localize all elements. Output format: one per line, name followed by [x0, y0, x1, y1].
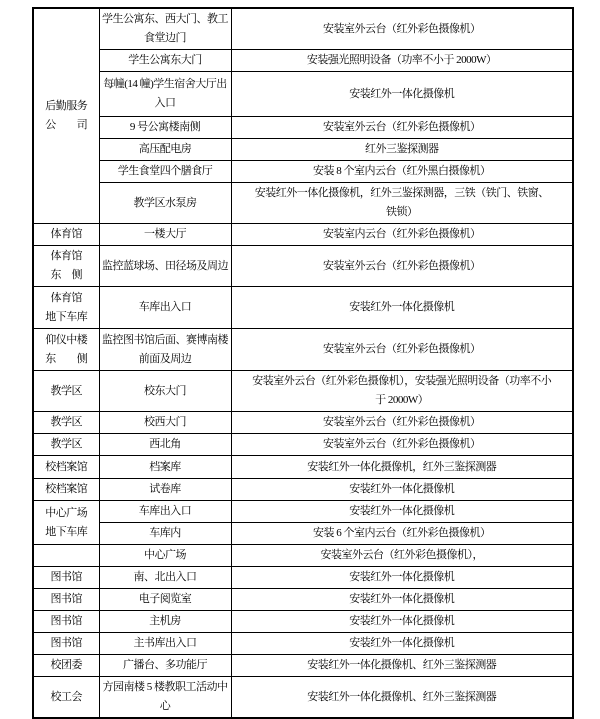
equipment-cell: 安装室外云台（红外彩色摄像机） — [231, 412, 573, 434]
area-cell: 教学区 — [33, 412, 99, 434]
equipment-cell: 安装室外云台（红外彩色摄像机） — [231, 117, 573, 139]
area-cell: 后勤服务 公 司 — [33, 8, 99, 224]
location-cell: 方园南楼 5 楼教职工活动中心 — [99, 677, 231, 719]
area-cell: 校工会 — [33, 677, 99, 719]
location-cell: 学生食堂四个膳食厅 — [99, 161, 231, 183]
table-row: 9 号公寓楼南侧 安装室外云台（红外彩色摄像机） — [33, 117, 573, 139]
equipment-cell: 安装红外一体化摄像机、红外三鉴探测器 — [231, 655, 573, 677]
location-cell: 南、北出入口 — [99, 567, 231, 589]
table-row: 教学区 西北角 安装室外云台（红外彩色摄像机） — [33, 434, 573, 456]
table-row: 学生公寓东大门 安装强光照明设备（功率不小于 2000W） — [33, 50, 573, 72]
location-cell: 主机房 — [99, 611, 231, 633]
location-cell: 高压配电房 — [99, 139, 231, 161]
location-cell: 9 号公寓楼南侧 — [99, 117, 231, 139]
area-cell: 中心广场 地下车库 — [33, 501, 99, 545]
location-cell: 主书库出入口 — [99, 633, 231, 655]
location-cell: 每幢(14 幢)学生宿舍大厅出入口 — [99, 72, 231, 117]
location-cell: 车库出入口 — [99, 287, 231, 329]
table-row: 教学区 校东大门 安装室外云台（红外彩色摄像机），安装强光照明设备（功率不小于 … — [33, 371, 573, 412]
equipment-cell: 安装室外云台（红外彩色摄像机） — [231, 246, 573, 287]
location-cell: 西北角 — [99, 434, 231, 456]
equipment-cell: 安装红外一体化摄像机 — [231, 501, 573, 523]
area-cell: 图书馆 — [33, 567, 99, 589]
location-cell: 校东大门 — [99, 371, 231, 412]
area-cell: 校档案馆 — [33, 479, 99, 501]
location-cell: 广播台、多功能厅 — [99, 655, 231, 677]
equipment-cell: 安装红外一体化摄像机 — [231, 611, 573, 633]
equipment-cell: 安装室外云台（红外彩色摄像机）， — [231, 545, 573, 567]
equipment-cell: 安装红外一体化摄像机 — [231, 287, 573, 329]
table-row: 教学区水泵房 安装红外一体化摄像机，红外三鉴探测器，三铁（铁门、铁窗、铁锁） — [33, 183, 573, 224]
location-cell: 电子阅览室 — [99, 589, 231, 611]
area-cell: 体育馆 — [33, 224, 99, 246]
area-cell: 仰仪中楼 东 侧 — [33, 329, 99, 371]
table-row: 车库内 安装 6 个室内云台（红外彩色摄像机） — [33, 523, 573, 545]
equipment-cell: 安装室外云台（红外彩色摄像机） — [231, 434, 573, 456]
location-cell: 档案库 — [99, 456, 231, 479]
area-cell: 图书馆 — [33, 611, 99, 633]
table-row: 中心广场 地下车库 车库出入口 安装红外一体化摄像机 — [33, 501, 573, 523]
location-cell: 校西大门 — [99, 412, 231, 434]
area-cell: 图书馆 — [33, 633, 99, 655]
table-row: 校档案馆 试卷库 安装红外一体化摄像机 — [33, 479, 573, 501]
location-cell: 一楼大厅 — [99, 224, 231, 246]
table-row: 教学区 校西大门 安装室外云台（红外彩色摄像机） — [33, 412, 573, 434]
table-row: 校档案馆 档案库 安装红外一体化摄像机，红外三鉴探测器 — [33, 456, 573, 479]
equipment-cell: 安装红外一体化摄像机、红外三鉴探测器 — [231, 677, 573, 719]
equipment-cell: 红外三鉴探测器 — [231, 139, 573, 161]
table-row: 仰仪中楼 东 侧 监控图书馆后面、赛博南楼前面及周边 安装室外云台（红外彩色摄像… — [33, 329, 573, 371]
equipment-cell: 安装室内云台（红外彩色摄像机） — [231, 224, 573, 246]
location-cell: 车库出入口 — [99, 501, 231, 523]
equipment-cell: 安装红外一体化摄像机 — [231, 479, 573, 501]
area-cell: 校档案馆 — [33, 456, 99, 479]
area-cell: 体育馆 地下车库 — [33, 287, 99, 329]
equipment-cell: 安装红外一体化摄像机，红外三鉴探测器，三铁（铁门、铁窗、铁锁） — [231, 183, 573, 224]
equipment-installation-table: 后勤服务 公 司 学生公寓东、西大门、教工食堂边门 安装室外云台（红外彩色摄像机… — [32, 7, 574, 719]
location-cell: 学生公寓东、西大门、教工食堂边门 — [99, 8, 231, 50]
table-row: 体育馆 地下车库 车库出入口 安装红外一体化摄像机 — [33, 287, 573, 329]
table-row: 图书馆 主书库出入口 安装红外一体化摄像机 — [33, 633, 573, 655]
location-cell: 监控蓝球场、田径场及周边 — [99, 246, 231, 287]
area-cell: 图书馆 — [33, 589, 99, 611]
location-cell: 试卷库 — [99, 479, 231, 501]
location-cell: 中心广场 — [99, 545, 231, 567]
equipment-cell: 安装室外云台（红外彩色摄像机） — [231, 329, 573, 371]
table-row: 图书馆 南、北出入口 安装红外一体化摄像机 — [33, 567, 573, 589]
table-row: 中心广场 安装室外云台（红外彩色摄像机）， — [33, 545, 573, 567]
area-cell: 体育馆 东 侧 — [33, 246, 99, 287]
table-row: 图书馆 主机房 安装红外一体化摄像机 — [33, 611, 573, 633]
location-cell: 学生公寓东大门 — [99, 50, 231, 72]
equipment-cell: 安装红外一体化摄像机 — [231, 72, 573, 117]
equipment-cell: 安装室外云台（红外彩色摄像机） — [231, 8, 573, 50]
table-row: 后勤服务 公 司 学生公寓东、西大门、教工食堂边门 安装室外云台（红外彩色摄像机… — [33, 8, 573, 50]
location-cell: 车库内 — [99, 523, 231, 545]
table-row: 高压配电房 红外三鉴探测器 — [33, 139, 573, 161]
area-cell: 校团委 — [33, 655, 99, 677]
table-row: 体育馆 一楼大厅 安装室内云台（红外彩色摄像机） — [33, 224, 573, 246]
table-row: 每幢(14 幢)学生宿舍大厅出入口 安装红外一体化摄像机 — [33, 72, 573, 117]
table-row: 校团委 广播台、多功能厅 安装红外一体化摄像机、红外三鉴探测器 — [33, 655, 573, 677]
equipment-cell: 安装强光照明设备（功率不小于 2000W） — [231, 50, 573, 72]
table-row: 图书馆 电子阅览室 安装红外一体化摄像机 — [33, 589, 573, 611]
equipment-cell: 安装红外一体化摄像机 — [231, 633, 573, 655]
equipment-cell: 安装红外一体化摄像机，红外三鉴探测器 — [231, 456, 573, 479]
equipment-cell: 安装红外一体化摄像机 — [231, 567, 573, 589]
table-row: 学生食堂四个膳食厅 安装 8 个室内云台（红外黑白摄像机） — [33, 161, 573, 183]
equipment-cell: 安装红外一体化摄像机 — [231, 589, 573, 611]
equipment-cell: 安装室外云台（红外彩色摄像机），安装强光照明设备（功率不小于 2000W） — [231, 371, 573, 412]
equipment-cell: 安装 6 个室内云台（红外彩色摄像机） — [231, 523, 573, 545]
area-cell: 教学区 — [33, 434, 99, 456]
table-row: 体育馆 东 侧 监控蓝球场、田径场及周边 安装室外云台（红外彩色摄像机） — [33, 246, 573, 287]
equipment-cell: 安装 8 个室内云台（红外黑白摄像机） — [231, 161, 573, 183]
location-cell: 教学区水泵房 — [99, 183, 231, 224]
table-row: 校工会 方园南楼 5 楼教职工活动中心 安装红外一体化摄像机、红外三鉴探测器 — [33, 677, 573, 719]
area-cell: 教学区 — [33, 371, 99, 412]
location-cell: 监控图书馆后面、赛博南楼前面及周边 — [99, 329, 231, 371]
area-cell-empty — [33, 545, 99, 567]
